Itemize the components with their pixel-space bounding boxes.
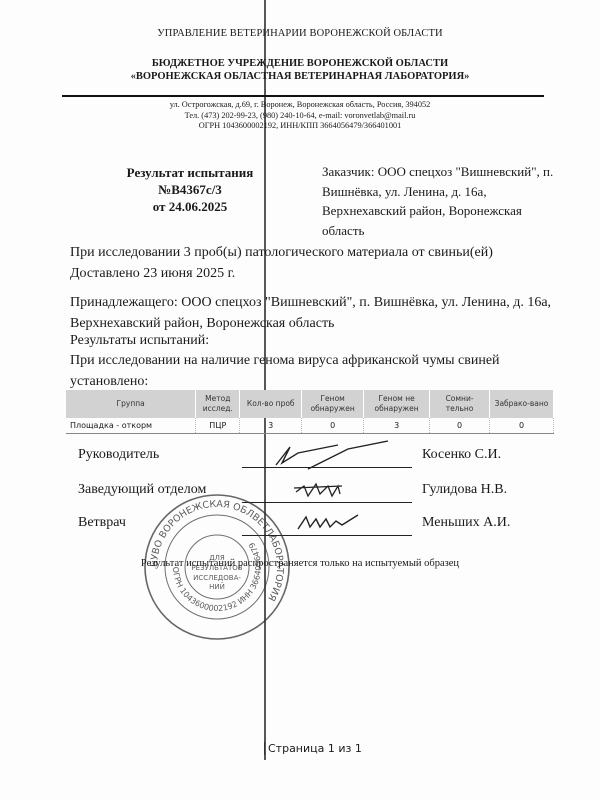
result-date: от 24.06.2025 — [80, 198, 300, 215]
header-divider — [62, 95, 544, 97]
signatory-name: Меньших А.И. — [422, 515, 510, 531]
result-title: Результат испытания — [80, 164, 300, 181]
owner-info: Принадлежащего: ООО спецхоз "Вишневский"… — [70, 292, 570, 334]
signature-line — [242, 467, 412, 468]
table-row: Площадка - откорм ПЦР 3 0 3 0 0 — [66, 418, 554, 433]
svg-text:ИССЛЕДОВА-: ИССЛЕДОВА- — [193, 574, 241, 582]
signature-row-head: Руководитель Косенко С.И. — [78, 447, 548, 471]
cell-group: Площадка - откорм — [66, 418, 196, 433]
customer-info: Заказчик: ООО спецхоз "Вишневский", п. В… — [322, 162, 562, 240]
col-header-rejected: Забрако-вано — [490, 390, 554, 418]
org-name-line1: БЮДЖЕТНОЕ УЧРЕЖДЕНИЕ ВОРОНЕЖСКОЙ ОБЛАСТИ — [0, 57, 600, 70]
signatory-name: Косенко С.И. — [422, 447, 501, 463]
finding-statement: При исследовании на наличие генома вирус… — [70, 350, 570, 392]
signatory-name: Гулидова Н.В. — [422, 482, 507, 498]
svg-text:НИЙ: НИЙ — [209, 582, 225, 591]
cell-doubtful: 0 — [430, 418, 490, 433]
table-header-row: Группа Метод исслед. Кол-во проб Геном о… — [66, 390, 554, 418]
cell-genome-not-found: 3 — [364, 418, 430, 433]
cell-genome-found: 0 — [302, 418, 364, 433]
results-table: Группа Метод исслед. Кол-во проб Геном о… — [66, 390, 554, 434]
disclaimer-note: Результат испытаний распространяется тол… — [0, 558, 600, 569]
col-header-method: Метод исслед. — [196, 390, 240, 418]
org-name-line2: «ВОРОНЕЖСКАЯ ОБЛАСТНАЯ ВЕТЕРИНАРНАЯ ЛАБО… — [0, 70, 600, 83]
delivery-date: Доставлено 23 июня 2025 г. — [70, 263, 570, 284]
result-title-block: Результат испытания №В4367с/3 от 24.06.2… — [80, 164, 300, 215]
col-header-sample-count: Кол-во проб — [240, 390, 302, 418]
organization-heading: БЮДЖЕТНОЕ УЧРЕЖДЕНИЕ ВОРОНЕЖСКОЙ ОБЛАСТИ… — [0, 57, 600, 83]
cell-method: ПЦР — [196, 418, 240, 433]
cell-sample-count: 3 — [240, 418, 302, 433]
org-address: ул. Острогожская, д.69, г. Воронеж, Воро… — [0, 100, 600, 111]
col-header-genome-found: Геном обнаружен — [302, 390, 364, 418]
col-header-doubtful: Сомни-тельно — [430, 390, 490, 418]
org-registry: ОГРН 1043600002192, ИНН/КПП 3664056479/3… — [0, 121, 600, 132]
results-heading: Результаты испытаний: — [70, 330, 570, 351]
col-header-group: Группа — [66, 390, 196, 418]
page-number: Страница 1 из 1 — [264, 742, 362, 755]
signatory-role: Руководитель — [78, 447, 159, 463]
col-header-genome-not-found: Геном не обнаружен — [364, 390, 430, 418]
ministry-heading: УПРАВЛЕНИЕ ВЕТЕРИНАРИИ ВОРОНЕЖСКОЙ ОБЛАС… — [0, 28, 600, 39]
signatory-role: Ветврач — [78, 515, 126, 531]
org-phones: Тел. (473) 202-99-23, (980) 240-10-64, e… — [0, 111, 600, 122]
study-description: При исследовании 3 проб(ы) патологическо… — [70, 242, 570, 263]
result-number: №В4367с/3 — [80, 181, 300, 198]
cell-rejected: 0 — [490, 418, 554, 433]
org-contacts: ул. Острогожская, д.69, г. Воронеж, Воро… — [0, 100, 600, 132]
